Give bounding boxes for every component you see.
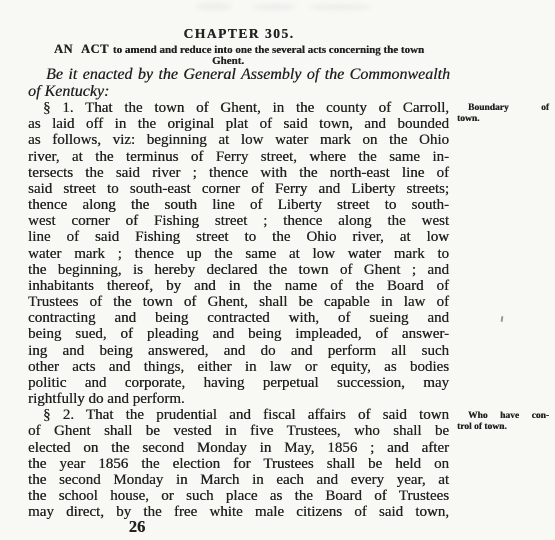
text-line: other acts and things, either in law or …: [28, 359, 449, 375]
text-line: line of said Fishing street to the Ohio …: [28, 229, 449, 245]
margin-note-line: town.: [457, 114, 549, 125]
text-line: river, at the terminus of Ferry street, …: [28, 149, 449, 165]
enacting-clause-line: of Kentucky:: [28, 83, 450, 100]
text-line: politic and corporate, having perpetual …: [28, 375, 449, 391]
enacting-clause-line: Be it enacted by the General Assembly of…: [28, 66, 450, 83]
text-line: as follows, viz: beginning at low water …: [28, 132, 449, 148]
scanned-document-page: CHAPTER 305. AN ACTto amend and reduce i…: [0, 0, 555, 540]
text-line: of Ghent shall be vested in five Trustee…: [28, 423, 449, 439]
text-line: thence along the south line of Liberty s…: [28, 197, 449, 213]
text-line: rightfully do and perform.: [28, 391, 449, 407]
text-line: the year 1856 the election for Trustees …: [28, 456, 449, 472]
text-line: may direct, by the free white male citiz…: [28, 504, 449, 520]
text-line: water mark ; thence up the same at low w…: [28, 246, 449, 262]
text-line: the second Monday in March in each and e…: [28, 472, 449, 488]
text-line: the school house, or such place as the B…: [28, 488, 449, 504]
text-line: west corner of Fishing street ; thence a…: [28, 213, 449, 229]
text-line: said street to south-east corner of Ferr…: [28, 181, 449, 197]
scan-speck: [501, 316, 504, 322]
paper-smudge: [252, 4, 296, 10]
body-text: § 1. That the town of Ghent, in the coun…: [28, 100, 449, 520]
act-title-prefix: AN ACT: [54, 42, 109, 56]
margin-note-line: trol of town.: [457, 422, 549, 433]
enacting-clause: Be it enacted by the General Assembly of…: [28, 66, 450, 100]
text-line: the beginning, is hereby declared the to…: [28, 262, 449, 278]
text-line: § 2. That the prudential and fiscal affa…: [28, 407, 449, 423]
text-line: inhabitants thereof, by and in the name …: [28, 278, 449, 294]
text-line: § 1. That the town of Ghent, in the coun…: [28, 100, 449, 116]
text-line: Trustees of the town of Ghent, shall be …: [28, 294, 449, 310]
text-line: being sued, of pleading and being implea…: [28, 326, 449, 342]
paper-smudge: [196, 3, 232, 10]
margin-note-line: Who have con-: [457, 411, 549, 422]
text-line: contracting and being contracted with, o…: [28, 310, 449, 326]
text-line: tersects the said river ; thence with th…: [28, 165, 449, 181]
margin-note-boundary: Boundary of town.: [457, 103, 549, 125]
text-line: as laid off in the original plat of said…: [28, 116, 449, 132]
page-number: 26: [121, 517, 153, 537]
chapter-heading: CHAPTER 305.: [28, 26, 450, 42]
margin-note-line: Boundary of: [457, 103, 549, 114]
paper-smudge: [310, 4, 370, 10]
text-line: elected on the second Monday in May, 185…: [28, 440, 449, 456]
text-line: ing and being answered, and do and perfo…: [28, 343, 449, 359]
margin-note-control: Who have con- trol of town.: [457, 411, 549, 433]
